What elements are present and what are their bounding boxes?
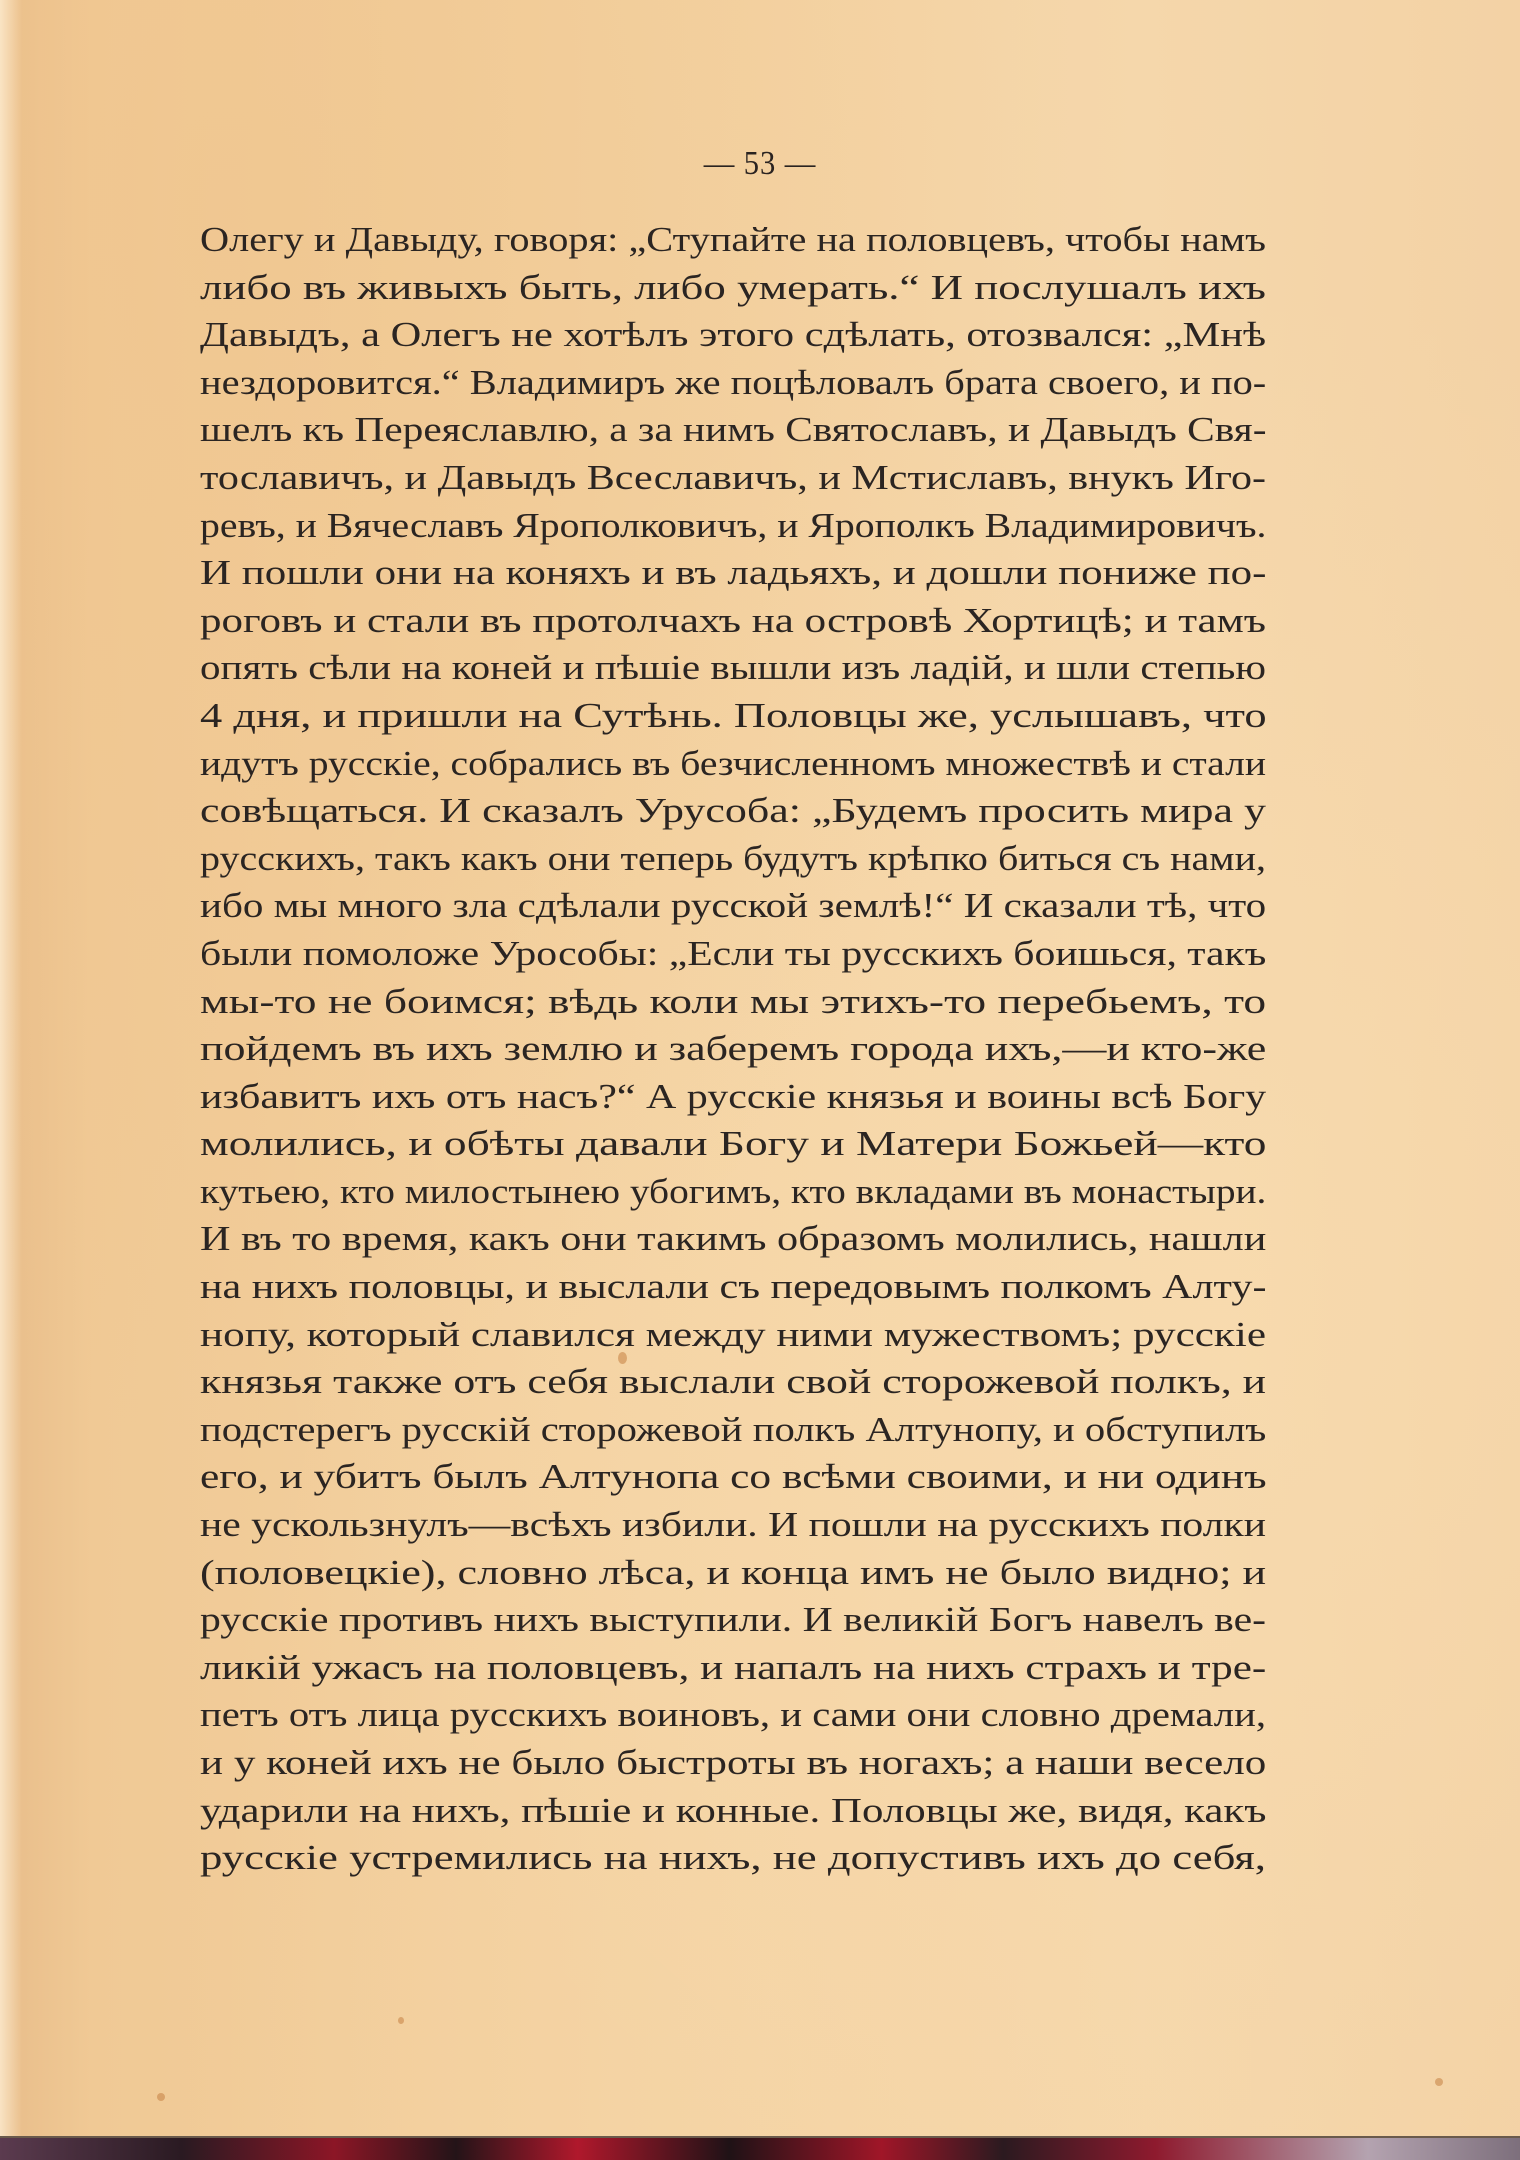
page-number: — 53 — (76, 145, 1444, 183)
text-line: нопу, который славился между ними мужест… (200, 1311, 1266, 1359)
text-line: И въ то время, какъ они такимъ образомъ … (200, 1215, 1266, 1263)
text-line: не ускользнулъ—всѣхъ избили. И пошли на … (200, 1501, 1266, 1549)
text-line: пойдемъ въ ихъ землю и заберемъ города и… (200, 1025, 1266, 1073)
text-line: русскихъ, такъ какъ они теперь будутъ кр… (200, 835, 1266, 883)
text-line: молились, и обѣты давали Богу и Матери Б… (200, 1120, 1266, 1168)
text-line: кутьею, кто милостынею убогимъ, кто вкла… (200, 1168, 1266, 1216)
body-text: Олегу и Давыду, говоря: „Ступайте на пол… (200, 216, 1266, 1882)
book-cover-edge (0, 2136, 1520, 2160)
text-line: 4 дня, и пришли на Сутѣнь. Половцы же, у… (200, 692, 1266, 740)
text-line: ударили на нихъ, пѣшіе и конные. Половцы… (200, 1787, 1266, 1835)
paper-stain (157, 2093, 165, 2101)
text-line: подстерегъ русскій сторожевой полкъ Алту… (200, 1406, 1266, 1454)
paper-stain (1435, 2078, 1443, 2086)
text-line: (половецкіе), словно лѣса, и конца имъ н… (200, 1549, 1266, 1597)
text-line: роговъ и стали въ протолчахъ на островѣ … (200, 597, 1266, 645)
text-line: либо въ живыхъ быть, либо умерать.“ И по… (200, 264, 1266, 312)
page-edge-highlight (0, 0, 22, 2136)
text-line: ревъ, и Вячеславъ Ярополковичъ, и Яропол… (200, 502, 1266, 550)
text-line: Давыдъ, а Олегъ не хотѣлъ этого сдѣлать,… (200, 311, 1266, 359)
text-line: Олегу и Давыду, говоря: „Ступайте на пол… (200, 216, 1266, 264)
book-page: — 53 — Олегу и Давыду, говоря: „Ступайте… (0, 0, 1520, 2136)
paper-stain (398, 2017, 404, 2024)
text-line: его, и убитъ былъ Алтунопа со всѣми свои… (200, 1453, 1266, 1501)
text-line: ликій ужасъ на половцевъ, и напалъ на ни… (200, 1644, 1266, 1692)
text-line: шелъ къ Переяславлю, а за нимъ Святослав… (200, 406, 1266, 454)
text-line: ибо мы много зла сдѣлали русской землѣ!“… (200, 882, 1266, 930)
text-line: были помоложе Урособы: „Если ты русскихъ… (200, 930, 1266, 978)
text-line: И пошли они на коняхъ и въ ладьяхъ, и до… (200, 549, 1266, 597)
text-line: на нихъ половцы, и выслали съ передовымъ… (200, 1263, 1266, 1311)
text-line: избавитъ ихъ отъ насъ?“ А русскіе князья… (200, 1073, 1266, 1121)
text-line: и у коней ихъ не было быстроты въ ногахъ… (200, 1739, 1266, 1787)
text-line: нездоровится.“ Владимиръ же поцѣловалъ б… (200, 359, 1266, 407)
text-line: русскіе противъ нихъ выступили. И великі… (200, 1596, 1266, 1644)
text-line: мы-то не боимся; вѣдь коли мы этихъ-то п… (200, 978, 1266, 1026)
text-line: опять сѣли на коней и пѣшіе вышли изъ ла… (200, 644, 1266, 692)
text-line: князья также отъ себя выслали свой сторо… (200, 1358, 1266, 1406)
text-line: идутъ русскіе, собрались въ безчисленном… (200, 740, 1266, 788)
text-line: тославичъ, и Давыдъ Всеславичъ, и Мстисл… (200, 454, 1266, 502)
text-line: русскіе устремились на нихъ, не допустив… (200, 1834, 1266, 1882)
text-line: петъ отъ лица русскихъ воиновъ, и сами о… (200, 1691, 1266, 1739)
text-line: совѣщаться. И сказалъ Урусоба: „Будемъ п… (200, 787, 1266, 835)
